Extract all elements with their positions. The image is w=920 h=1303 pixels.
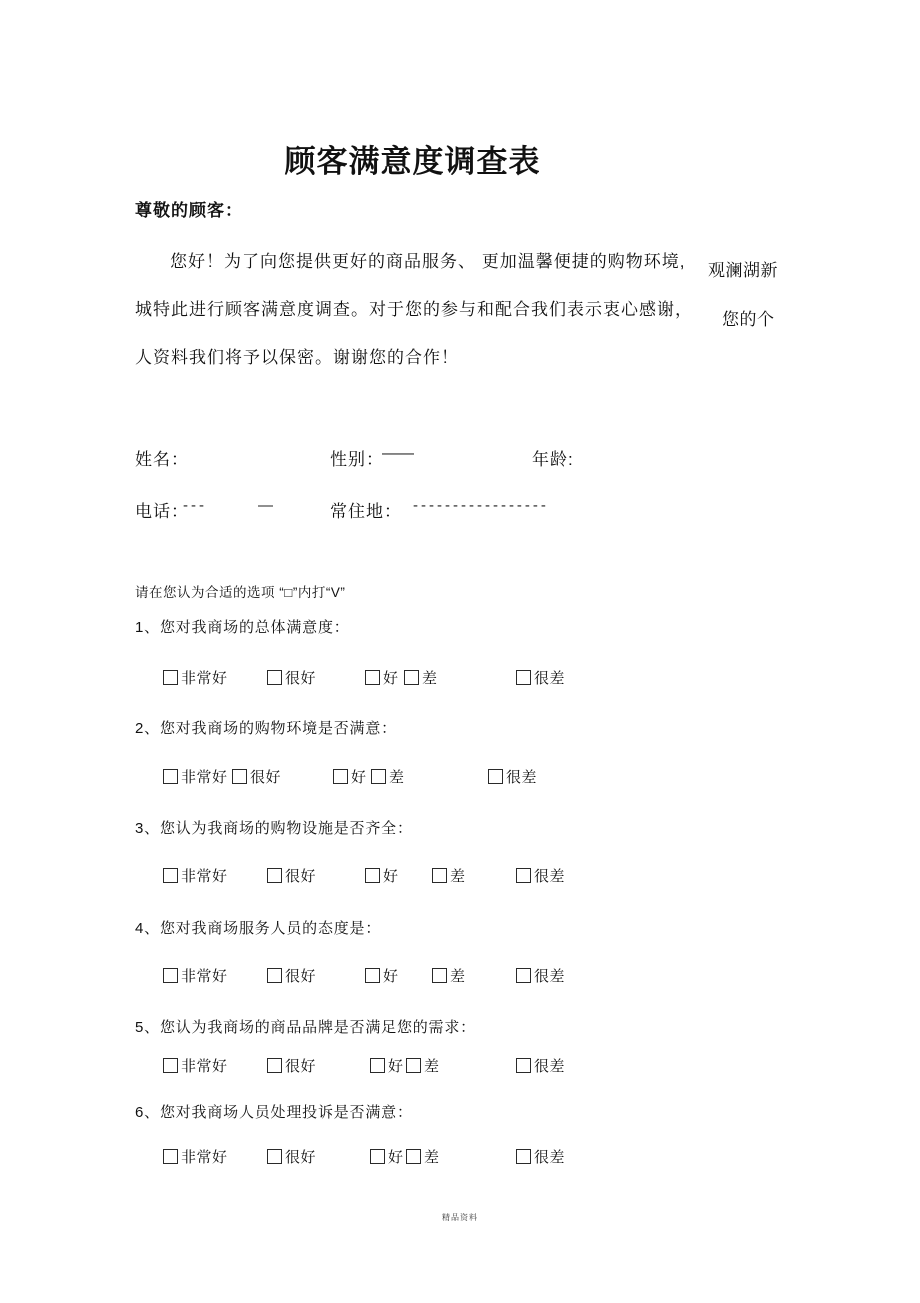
checkbox-icon[interactable] xyxy=(232,769,247,784)
checkbox-label: 好 xyxy=(388,1146,404,1167)
intro-paragraph-line-2: 城特此进行顾客满意度调查。对于您的参与和配合我们表示衷心感谢， xyxy=(135,295,693,320)
checkbox-icon[interactable] xyxy=(163,769,178,784)
checkbox-icon[interactable] xyxy=(516,968,531,983)
age-label: 年龄: xyxy=(532,445,574,470)
phone-label: 电话： xyxy=(135,497,189,522)
checkbox-option: 很好 xyxy=(267,1055,316,1076)
gender-label: 性别： xyxy=(330,445,384,470)
question-6-options: 非常好 很好 好 差 很差 xyxy=(0,1146,920,1168)
checkbox-option: 非常好 xyxy=(163,1146,228,1167)
checkbox-label: 很好 xyxy=(250,766,281,787)
question-4-text: 4、您对我商场服务人员的态度是： xyxy=(135,917,381,938)
checkbox-option: 很好 xyxy=(267,1146,316,1167)
checkbox-icon[interactable] xyxy=(267,670,282,685)
checkbox-label: 非常好 xyxy=(181,766,228,787)
checkbox-label: 差 xyxy=(450,965,466,986)
checkbox-label: 很好 xyxy=(285,1055,316,1076)
checkbox-label: 非常好 xyxy=(181,667,228,688)
checkbox-label: 好 xyxy=(383,865,399,886)
checkbox-label: 差 xyxy=(389,766,405,787)
checkbox-option: 非常好 xyxy=(163,965,228,986)
checkbox-option: 差 xyxy=(432,865,466,886)
checkbox-icon[interactable] xyxy=(333,769,348,784)
question-3-options: 非常好 很好 好 差 很差 xyxy=(0,865,920,887)
residence-blank-line: ----------------- xyxy=(413,497,549,514)
checkbox-option: 很好 xyxy=(267,865,316,886)
checkbox-label: 差 xyxy=(424,1055,440,1076)
phone-blank-line-2: — xyxy=(258,497,276,514)
checkbox-option: 非常好 xyxy=(163,1055,228,1076)
checkbox-label: 非常好 xyxy=(181,1146,228,1167)
footer-watermark: 精品资料 xyxy=(0,1212,920,1223)
intro-paragraph-line-1: 您好！为了向您提供更好的商品服务、 更加温馨便捷的购物环境, xyxy=(170,247,685,272)
checkbox-icon[interactable] xyxy=(488,769,503,784)
checkbox-icon[interactable] xyxy=(365,670,380,685)
checkbox-label: 差 xyxy=(424,1146,440,1167)
document-page: 顾客满意度调查表 尊敬的顾客： 您好！为了向您提供更好的商品服务、 更加温馨便捷… xyxy=(0,0,920,1303)
checkbox-icon[interactable] xyxy=(516,1058,531,1073)
checkbox-icon[interactable] xyxy=(404,670,419,685)
intro-paragraph-line-3: 人资料我们将予以保密。谢谢您的合作！ xyxy=(135,343,459,368)
checkbox-option: 好 xyxy=(365,667,399,688)
checkbox-icon[interactable] xyxy=(163,1149,178,1164)
phone-blank-line-1: --- xyxy=(183,497,207,514)
checkbox-label: 好 xyxy=(383,965,399,986)
gender-blank-line: —— xyxy=(382,445,414,463)
checkbox-icon[interactable] xyxy=(365,968,380,983)
checkbox-label: 很好 xyxy=(285,965,316,986)
question-5-options: 非常好 很好 好 差 很差 xyxy=(0,1055,920,1077)
checkbox-icon[interactable] xyxy=(163,670,178,685)
checkbox-label: 很差 xyxy=(534,865,565,886)
checkbox-icon[interactable] xyxy=(516,670,531,685)
question-4-options: 非常好 很好 好 差 很差 xyxy=(0,965,920,987)
checkbox-label: 非常好 xyxy=(181,1055,228,1076)
intro-overflow-text-1: 观澜湖新 xyxy=(708,256,778,281)
checkbox-option: 好 xyxy=(365,965,399,986)
checkbox-icon[interactable] xyxy=(267,1149,282,1164)
checkbox-label: 很差 xyxy=(534,667,565,688)
checkbox-icon[interactable] xyxy=(370,1058,385,1073)
checkbox-option: 好 xyxy=(370,1146,404,1167)
checkbox-option: 很好 xyxy=(232,766,281,787)
checkbox-option: 差 xyxy=(406,1146,440,1167)
checkbox-label: 很差 xyxy=(534,1055,565,1076)
question-6-text: 6、您对我商场人员处理投诉是否满意： xyxy=(135,1101,413,1122)
checkbox-icon[interactable] xyxy=(516,1149,531,1164)
checkbox-icon[interactable] xyxy=(370,1149,385,1164)
salutation: 尊敬的顾客： xyxy=(135,196,243,221)
checkbox-label: 差 xyxy=(422,667,438,688)
checkbox-label: 非常好 xyxy=(181,865,228,886)
checkbox-icon[interactable] xyxy=(406,1149,421,1164)
checkbox-icon[interactable] xyxy=(365,868,380,883)
checkbox-option: 很差 xyxy=(516,965,565,986)
checkbox-option: 很差 xyxy=(516,667,565,688)
checkbox-option: 很差 xyxy=(488,766,537,787)
checkbox-label: 很差 xyxy=(534,965,565,986)
checkbox-option: 很差 xyxy=(516,1055,565,1076)
checkbox-option: 非常好 xyxy=(163,667,228,688)
checkbox-icon[interactable] xyxy=(267,968,282,983)
intro-overflow-text-2: 您的个 xyxy=(722,305,775,330)
checkbox-icon[interactable] xyxy=(406,1058,421,1073)
checkbox-label: 差 xyxy=(450,865,466,886)
residence-label: 常住地： xyxy=(330,497,402,522)
checkbox-option: 非常好 xyxy=(163,865,228,886)
checkbox-label: 好 xyxy=(351,766,367,787)
checkbox-label: 很好 xyxy=(285,667,316,688)
checkbox-label: 很好 xyxy=(285,1146,316,1167)
checkbox-label: 好 xyxy=(383,667,399,688)
checkbox-option: 差 xyxy=(432,965,466,986)
checkbox-label: 非常好 xyxy=(181,965,228,986)
checkbox-option: 好 xyxy=(365,865,399,886)
question-3-text: 3、您认为我商场的购物设施是否齐全： xyxy=(135,817,413,838)
checkbox-icon[interactable] xyxy=(516,868,531,883)
question-2-options: 非常好 很好 好 差 很差 xyxy=(0,766,920,788)
checkbox-option: 差 xyxy=(404,667,438,688)
checkbox-option: 好 xyxy=(333,766,367,787)
question-1-options: 非常好 很好 好 差 很差 xyxy=(0,667,920,689)
checkbox-option: 非常好 xyxy=(163,766,228,787)
checkbox-icon[interactable] xyxy=(163,868,178,883)
checkbox-icon[interactable] xyxy=(267,1058,282,1073)
checkbox-icon[interactable] xyxy=(267,868,282,883)
checkbox-option: 很差 xyxy=(516,1146,565,1167)
name-label: 姓名： xyxy=(135,445,189,470)
checkbox-option: 很差 xyxy=(516,865,565,886)
checkbox-icon[interactable] xyxy=(163,968,178,983)
checkbox-option: 差 xyxy=(371,766,405,787)
checkbox-option: 好 xyxy=(370,1055,404,1076)
checkbox-label: 很差 xyxy=(534,1146,565,1167)
page-title: 顾客满意度调查表 xyxy=(135,136,690,181)
checkbox-icon[interactable] xyxy=(371,769,386,784)
instruction-text: 请在您认为合适的选项 “□”内打“V” xyxy=(135,581,345,601)
checkbox-option: 很好 xyxy=(267,965,316,986)
question-5-text: 5、您认为我商场的商品品牌是否满足您的需求： xyxy=(135,1016,476,1037)
question-1-text: 1、您对我商场的总体满意度： xyxy=(135,616,350,637)
checkbox-label: 好 xyxy=(388,1055,404,1076)
checkbox-icon[interactable] xyxy=(163,1058,178,1073)
checkbox-option: 很好 xyxy=(267,667,316,688)
question-2-text: 2、您对我商场的购物环境是否满意： xyxy=(135,717,397,738)
checkbox-label: 很好 xyxy=(285,865,316,886)
checkbox-icon[interactable] xyxy=(432,968,447,983)
checkbox-icon[interactable] xyxy=(432,868,447,883)
checkbox-option: 差 xyxy=(406,1055,440,1076)
checkbox-label: 很差 xyxy=(506,766,537,787)
